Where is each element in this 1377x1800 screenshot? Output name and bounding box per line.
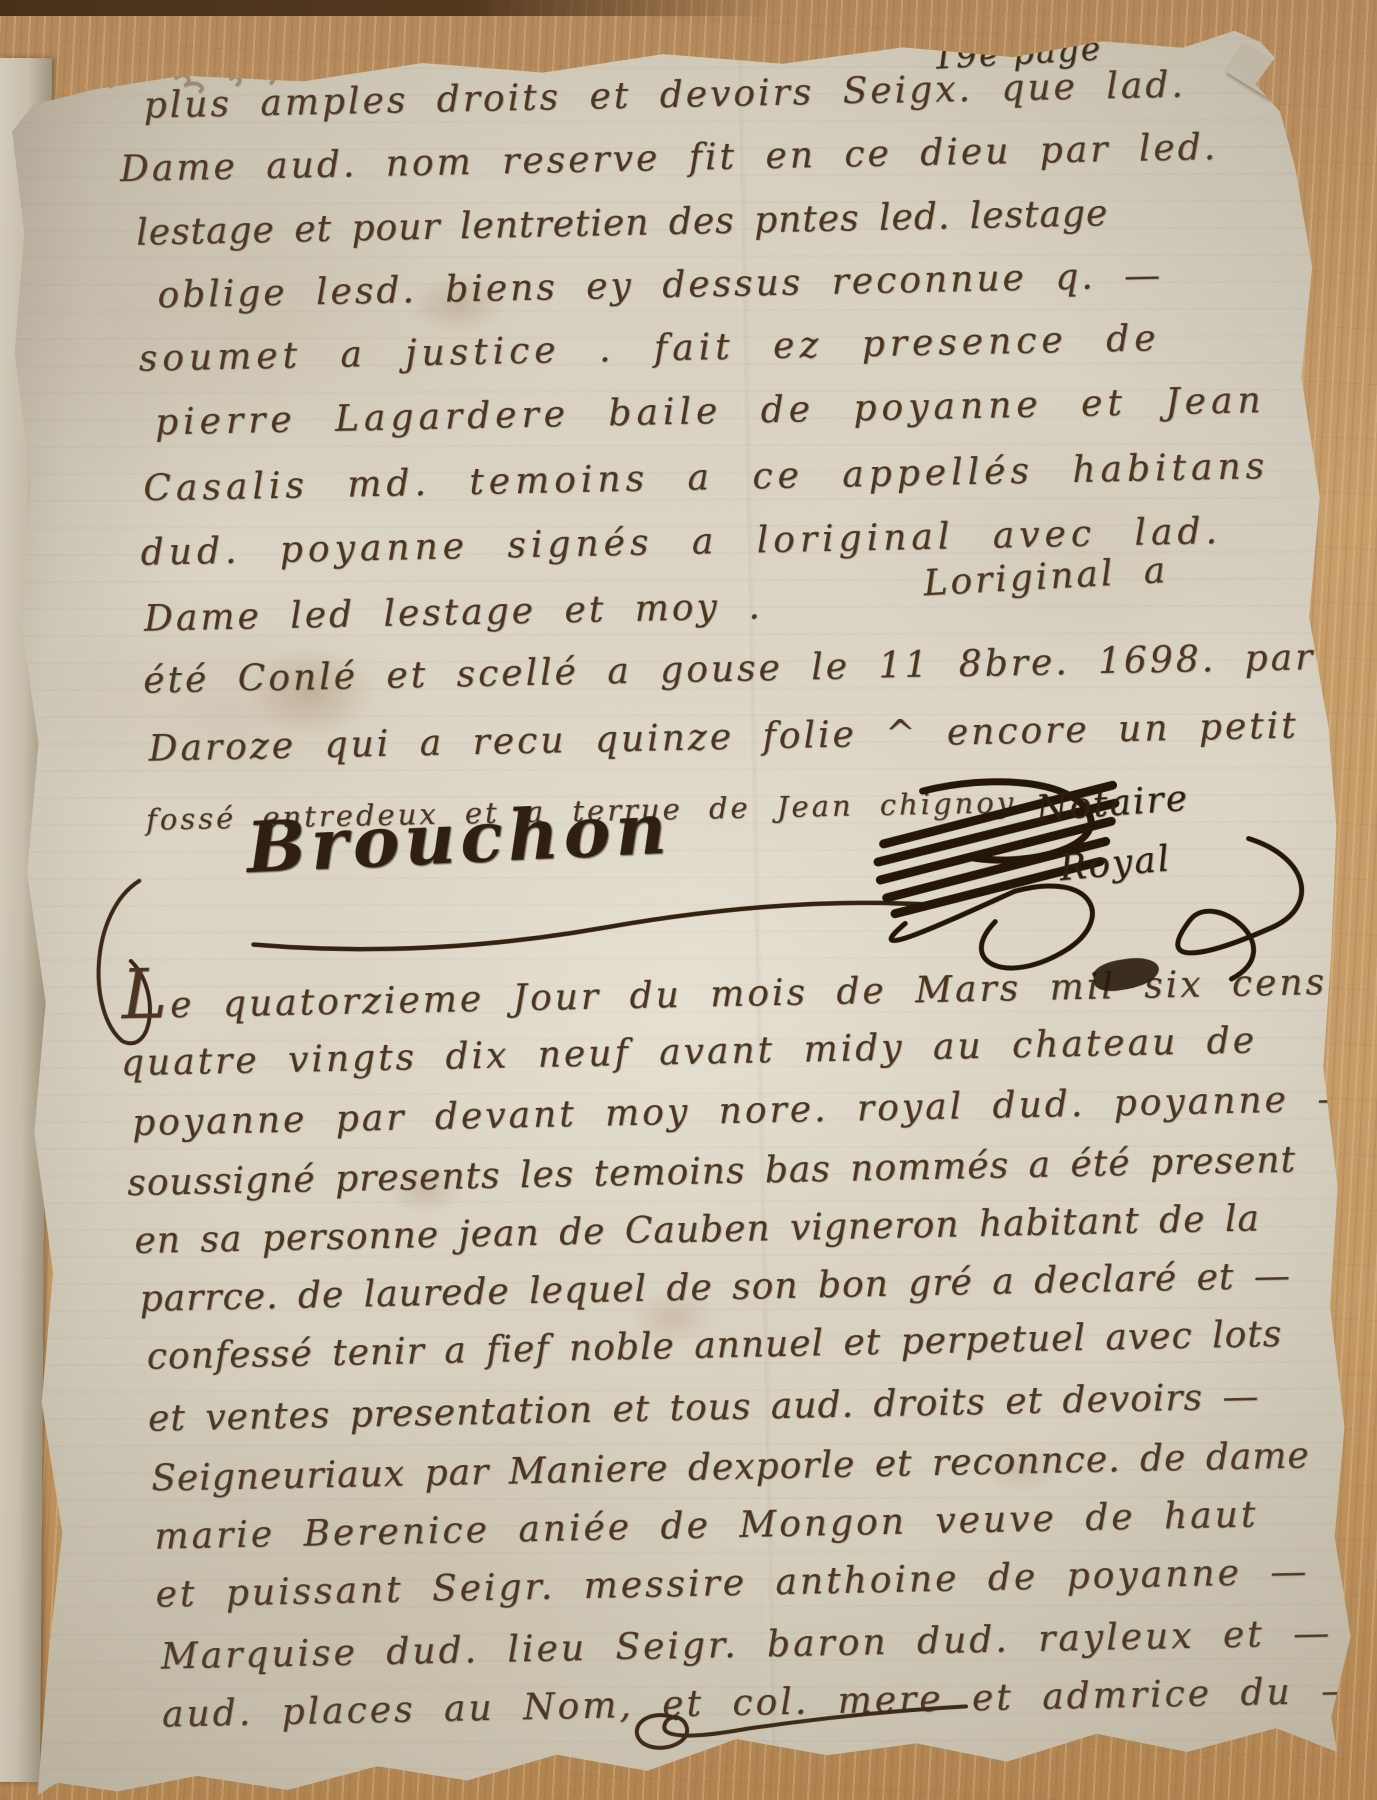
manuscript-line: en sa personne jean de Cauben vigneron h… (134, 1198, 1260, 1262)
manuscript-line: Marquise dud. lieu Seigr. baron dud. ray… (160, 1613, 1332, 1678)
manuscript-line: Loriginal a (922, 550, 1169, 604)
manuscript-line: soumet a justice . fait ez presence de (138, 318, 1161, 380)
manuscript-line: marie Berenice aniée de Mongon veuve de … (154, 1495, 1259, 1558)
manuscript-line: plus amples droits et devoirs Seigx. que… (143, 65, 1186, 127)
manuscript-line: quatre vingts dix neuf avant midy au cha… (121, 1020, 1258, 1084)
manuscript-line: parrce. de laurede lequel de son bon gré… (139, 1256, 1291, 1320)
manuscript-line: oblige lesd. biens ey dessus reconnue q.… (157, 255, 1163, 316)
table-edge-shadow (0, 0, 780, 16)
manuscript-line: Dame aud. nom reserve fit en ce dieu par… (120, 127, 1219, 190)
manuscript-line: Casalis md. temoins a ce appellés habita… (143, 446, 1269, 510)
manuscript-line: soussigné presents les temoins bas nommé… (127, 1140, 1296, 1204)
manuscript-line: et ventes presentation et tous aud. droi… (148, 1376, 1260, 1439)
manuscript-line: Dame led lestage et moy . (144, 586, 763, 639)
manuscript-line: pierre Lagardere baile de poyanne et Jea… (155, 380, 1266, 443)
manuscript-line: Seigneuriaux par Maniere dexporle et rec… (151, 1435, 1310, 1499)
folded-corner (1226, 43, 1288, 99)
manuscript-line: poyanne par devant moy nore. royal dud. … (132, 1078, 1357, 1144)
manuscript-line: lestage et pour lentretien des pntes led… (136, 193, 1109, 254)
manuscript-line: Daroze qui a recu quinze folie ^ encore … (148, 706, 1299, 770)
manuscript-line: et puissant Seigr. messire anthoine de p… (155, 1552, 1309, 1616)
manuscript-line: été Conlé et scellé a gouse le 11 8bre. … (143, 637, 1316, 702)
closing-flourish (606, 1682, 987, 1760)
photo-of-manuscript: { "annotations": { "page_number": "19e p… (0, 0, 1377, 1800)
manuscript-page: 19e page plus amples droits et devoirs S… (3, 27, 1358, 1798)
manuscript-line: confessé tenir a fief noble annuel et pe… (146, 1314, 1282, 1378)
